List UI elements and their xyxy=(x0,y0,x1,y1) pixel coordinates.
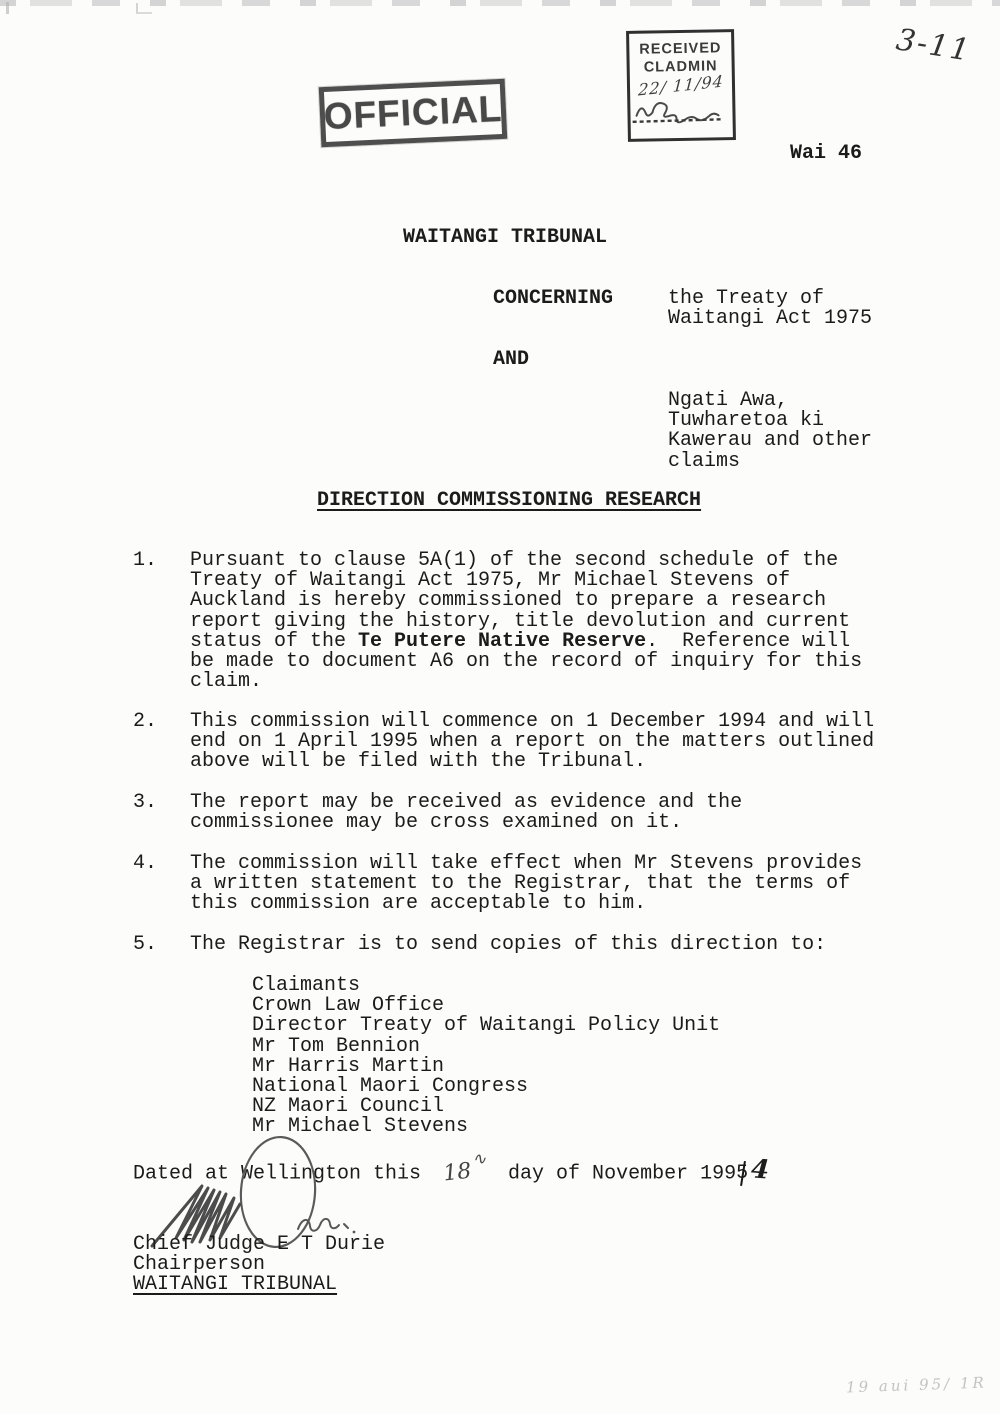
paragraph-4: 4. The commission will take effect when … xyxy=(133,854,862,915)
paragraph-number: 2. xyxy=(133,712,157,732)
concerning-label: CONCERNING xyxy=(493,289,613,309)
concerning-line: Waitangi Act 1975 xyxy=(668,309,872,329)
text-line: this commission are acceptable to him. xyxy=(190,894,862,914)
document-page: OFFICIAL RECEIVED CLADMIN 22/ 11/94 3-11… xyxy=(0,0,1000,1414)
text-line: Auckland is hereby commissioned to prepa… xyxy=(190,591,862,611)
claim-line: Tuwharetoa ki xyxy=(668,411,872,431)
handwritten-year-digit: 4 xyxy=(751,1161,770,1180)
signatory-name: Chief Judge E T Durie xyxy=(133,1235,385,1255)
recipient-item: NZ Maori Council xyxy=(252,1097,720,1117)
document-title: DIRECTION COMMISSIONING RESEARCH xyxy=(317,491,701,511)
text-line: end on 1 April 1995 when a report on the… xyxy=(190,732,874,752)
tribunal-heading: WAITANGI TRIBUNAL xyxy=(403,228,607,248)
folio-annotation: 3-11 xyxy=(894,22,974,68)
text-line: above will be filed with the Tribunal. xyxy=(190,752,874,772)
paragraph-body: Pursuant to clause 5A(1) of the second s… xyxy=(190,551,862,692)
recipient-item: Mr Tom Bennion xyxy=(252,1037,720,1057)
scan-artifact-tick xyxy=(136,3,152,14)
recipient-item: National Maori Congress xyxy=(252,1077,720,1097)
paragraph-number: 5. xyxy=(133,935,157,955)
paragraph-body: The commission will take effect when Mr … xyxy=(190,854,862,915)
day-flourish: ∿ xyxy=(472,1149,488,1170)
signatory-org: WAITANGI TRIBUNAL xyxy=(133,1275,385,1295)
concerning-line: the Treaty of xyxy=(668,289,872,309)
received-stamp-signature-icon xyxy=(630,94,727,128)
handwritten-day: 18∿ xyxy=(421,1156,508,1185)
paragraph-body: This commission will commence on 1 Decem… xyxy=(190,712,874,773)
recipient-item: Crown Law Office xyxy=(252,996,720,1016)
text-line: a written statement to the Registrar, th… xyxy=(190,874,862,894)
text-line: The report may be received as evidence a… xyxy=(190,793,742,813)
struck-year-digit: 5 xyxy=(736,1164,748,1184)
scan-artifact-tick xyxy=(6,2,9,14)
recipient-item: Director Treaty of Waitangi Policy Unit xyxy=(252,1016,720,1036)
text-line: The Registrar is to send copies of this … xyxy=(190,935,826,955)
and-label: AND xyxy=(493,350,529,370)
text-line: commissionee may be cross examined on it… xyxy=(190,813,742,833)
text-line: Treaty of Waitangi Act 1975, Mr Michael … xyxy=(190,571,862,591)
dated-middle: day of November 199 xyxy=(508,1162,736,1185)
recipient-item: Mr Harris Martin xyxy=(252,1057,720,1077)
claim-line: claims xyxy=(668,452,872,472)
claim-description: Ngati Awa, Tuwharetoa ki Kawerau and oth… xyxy=(668,391,872,472)
text-line: be made to document A6 on the record of … xyxy=(190,652,862,672)
pencil-annotation: 19 aui 95/ 1R xyxy=(846,1374,987,1397)
text-line: Pursuant to clause 5A(1) of the second s… xyxy=(190,551,862,571)
paragraph-number: 4. xyxy=(133,854,157,874)
text-line: claim. xyxy=(190,672,862,692)
signatory-block: Chief Judge E T Durie Chairperson WAITAN… xyxy=(133,1235,385,1296)
paragraph-number: 1. xyxy=(133,551,157,571)
case-number: Wai 46 xyxy=(790,144,862,164)
handwritten-day-number: 18∿ xyxy=(442,1154,487,1184)
paragraph-5: 5. The Registrar is to send copies of th… xyxy=(133,935,826,955)
paragraph-1: 1. Pursuant to clause 5A(1) of the secon… xyxy=(133,551,862,692)
text-line: The commission will take effect when Mr … xyxy=(190,854,862,874)
claim-line: Ngati Awa, xyxy=(668,391,872,411)
paragraph-body: The report may be received as evidence a… xyxy=(190,793,742,833)
received-stamp: RECEIVED CLADMIN 22/ 11/94 xyxy=(626,29,736,142)
paragraph-2: 2. This commission will commence on 1 De… xyxy=(133,712,874,773)
recipient-item: Claimants xyxy=(252,976,720,996)
text-line: This commission will commence on 1 Decem… xyxy=(190,712,874,732)
paragraph-body: The Registrar is to send copies of this … xyxy=(190,935,826,955)
official-stamp-text: OFFICIAL xyxy=(323,88,503,138)
text-line: report giving the history, title devolut… xyxy=(190,612,862,632)
recipients-list: Claimants Crown Law Office Director Trea… xyxy=(252,976,720,1138)
received-stamp-line1: RECEIVED xyxy=(629,39,731,59)
paragraph-3: 3. The report may be received as evidenc… xyxy=(133,793,742,833)
signatory-role: Chairperson xyxy=(133,1255,385,1275)
paragraph-number: 3. xyxy=(133,793,157,813)
text-line-with-bold: status of the Te Putere Native Reserve. … xyxy=(190,632,862,652)
claim-line: Kawerau and other xyxy=(668,431,872,451)
official-stamp: OFFICIAL xyxy=(319,79,508,147)
concerning-text: the Treaty of Waitangi Act 1975 xyxy=(668,289,872,329)
